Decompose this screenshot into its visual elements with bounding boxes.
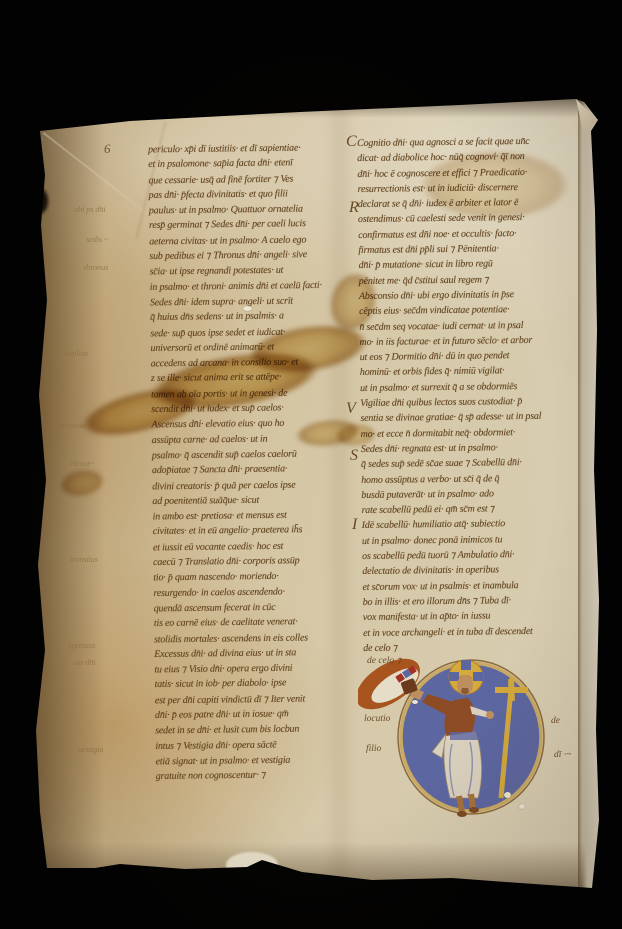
photograph-frame: 6 periculo· xp̄i dī iustitiis· et dī sap… — [0, 0, 622, 929]
manuscript-page: 6 periculo· xp̄i dī iustitiis· et dī sap… — [0, 0, 622, 929]
photo-vignette — [0, 0, 622, 929]
